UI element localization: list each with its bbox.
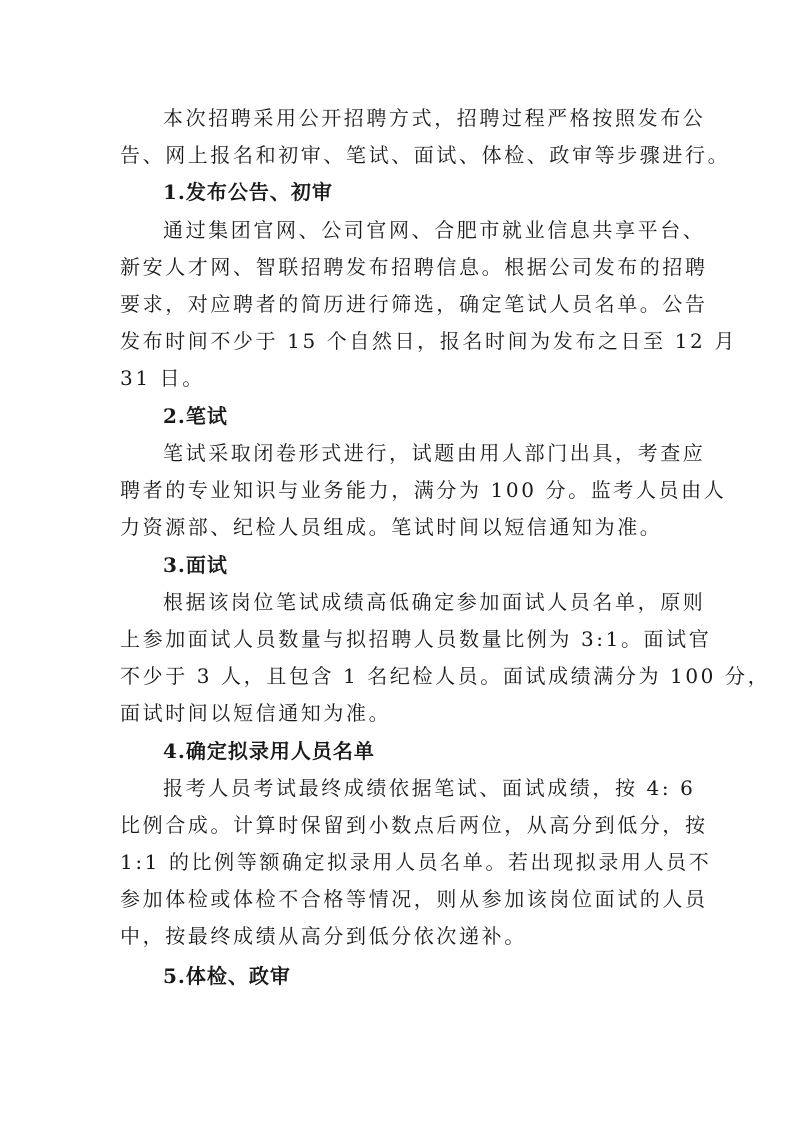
section-3-line-3: 不少于 3 人，且包含 1 名纪检人员。面试成绩满分为 100 分， — [120, 664, 680, 688]
section-1-line-4: 发布时间不少于 15 个自然日，报名时间为发布之日至 12 月 — [120, 329, 680, 353]
section-1-line-3: 要求，对应聘者的简历进行筛选，确定笔试人员名单。公告 — [120, 292, 680, 316]
section-2-line-2: 聘者的专业知识与业务能力，满分为 100 分。监考人员由人 — [120, 478, 680, 502]
section-4-line-4: 参加体检或体检不合格等情况，则从参加该岗位面试的人员 — [120, 887, 680, 911]
document-page: 本次招聘采用公开招聘方式，招聘过程严格按照发布公 告、网上报名和初审、笔试、面试… — [0, 0, 793, 1122]
intro-line-2: 告、网上报名和初审、笔试、面试、体检、政审等步骤进行。 — [120, 143, 680, 167]
section-1-line-2: 新安人才网、智联招聘发布招聘信息。根据公司发布的招聘 — [120, 255, 680, 279]
intro-line-1: 本次招聘采用公开招聘方式，招聘过程严格按照发布公 — [163, 106, 723, 130]
section-4-heading: 4.确定拟录用人员名单 — [163, 739, 723, 763]
section-4-line-1: 报考人员考试最终成绩依据笔试、面试成绩，按 4: 6 — [163, 776, 723, 800]
section-1-heading: 1.发布公告、初审 — [163, 180, 723, 204]
section-4-line-3: 1:1 的比例等额确定拟录用人员名单。若出现拟录用人员不 — [120, 850, 680, 874]
section-3-line-1: 根据该岗位笔试成绩高低确定参加面试人员名单，原则 — [163, 590, 723, 614]
section-2-line-3: 力资源部、纪检人员组成。笔试时间以短信通知为准。 — [120, 515, 680, 539]
section-1-line-5: 31 日。 — [120, 366, 680, 390]
section-4-line-2: 比例合成。计算时保留到小数点后两位，从高分到低分，按 — [120, 813, 680, 837]
section-2-heading: 2.笔试 — [163, 404, 723, 428]
section-5-heading: 5.体检、政审 — [163, 964, 723, 988]
section-2-line-1: 笔试采取闭卷形式进行，试题由用人部门出具，考查应 — [163, 441, 723, 465]
section-1-line-1: 通过集团官网、公司官网、合肥市就业信息共享平台、 — [163, 218, 723, 242]
section-3-heading: 3.面试 — [163, 553, 723, 577]
section-4-line-5: 中，按最终成绩从高分到低分依次递补。 — [120, 924, 680, 948]
section-3-line-4: 面试时间以短信通知为准。 — [120, 701, 680, 725]
section-3-line-2: 上参加面试人员数量与拟招聘人员数量比例为 3:1。面试官 — [120, 627, 680, 651]
